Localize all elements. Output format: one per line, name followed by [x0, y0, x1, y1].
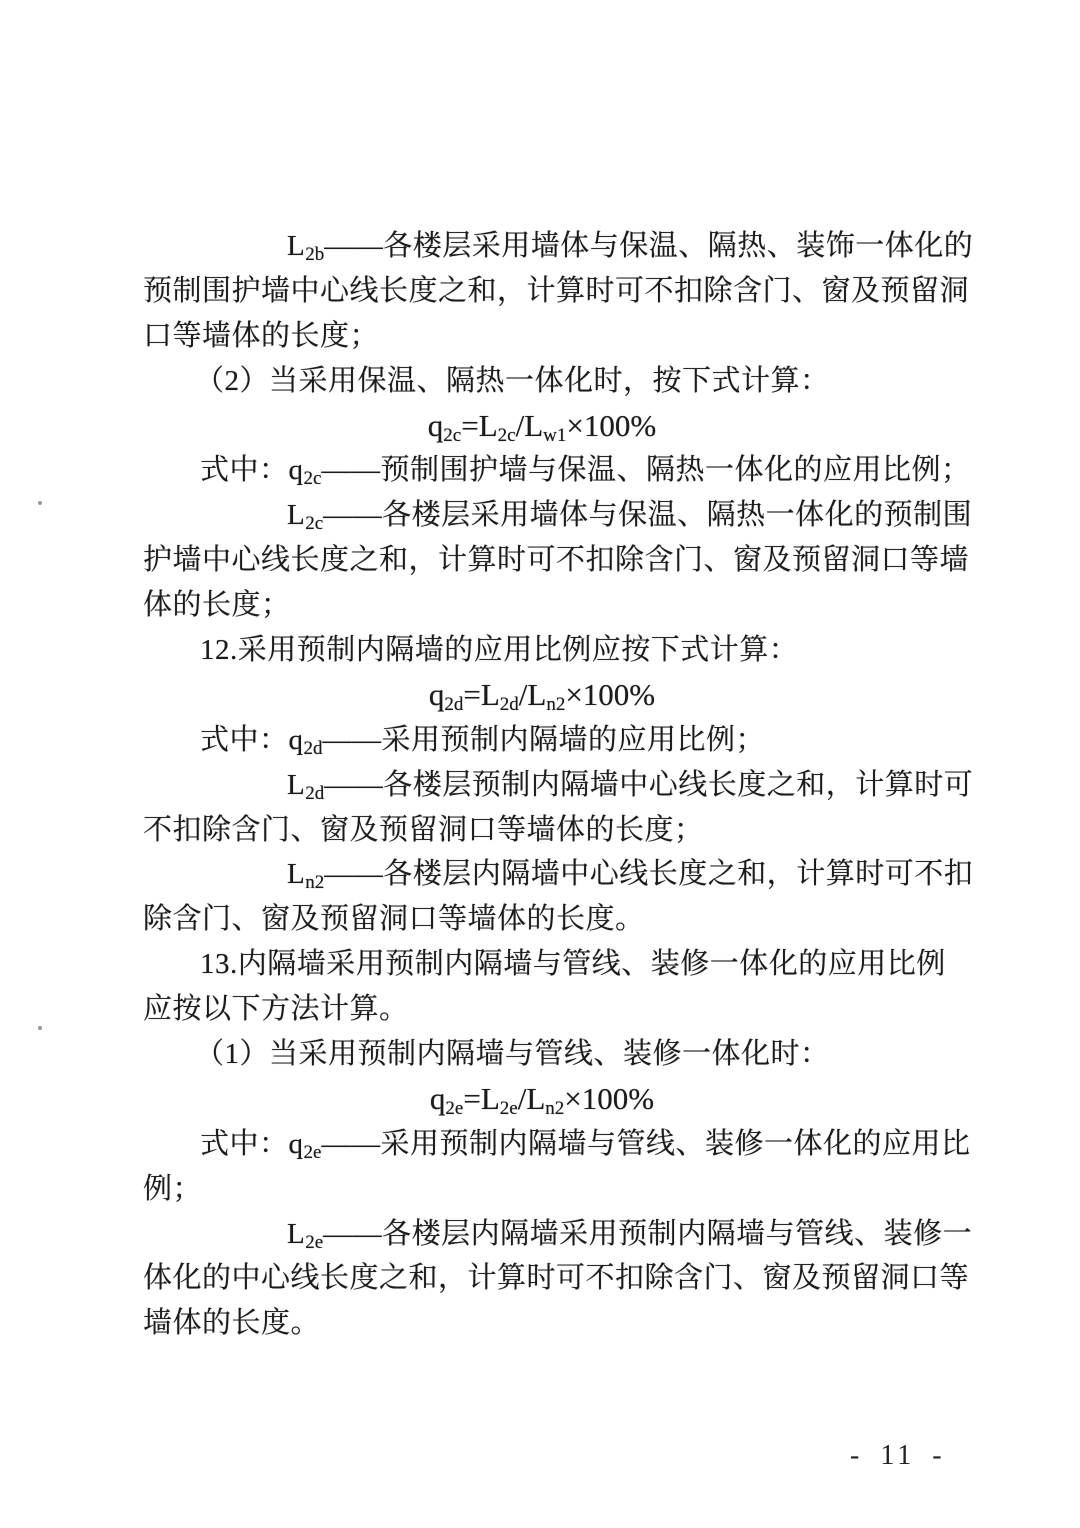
definition-text: ——各楼层内隔墙采用预制内隔墙与管线、装修一: [323, 1218, 972, 1250]
formula-q2c: q2c=L2c/Lw1×100%: [143, 404, 941, 449]
definition-text: ——各楼层内隔墙中心线长度之和，计算时可不扣: [324, 858, 973, 890]
definition-line-L2d: L2d——各楼层预制内隔墙中心线长度之和，计算时可: [143, 763, 941, 808]
item-2-heading: （2）当采用保温、隔热一体化时，按下式计算：: [143, 359, 941, 404]
formula-term: /L: [518, 1081, 546, 1116]
formula-subscript: 2d: [444, 694, 463, 715]
formula-subscript: 2c: [498, 425, 516, 446]
clause-text: ——采用预制内隔墙的应用比例；: [323, 724, 766, 756]
clause-text: ——预制围护墙与保温、隔热一体化的应用比例；: [321, 454, 970, 486]
text-line: 不扣除含门、窗及预留洞口等墙体的长度；: [143, 808, 941, 853]
symbol-subscript: 2d: [305, 783, 324, 804]
symbol-base: L: [287, 499, 305, 531]
symbol-subscript: 2e: [304, 1142, 322, 1163]
formula-term: ×100%: [565, 677, 655, 712]
text-line: 口等墙体的长度；: [143, 314, 941, 359]
text-line: 应按以下方法计算。: [143, 987, 941, 1032]
symbol-subscript: 2c: [305, 513, 323, 534]
where-clause-q2e: 式中：q2e——采用预制内隔墙与管线、装修一体化的应用比: [143, 1122, 941, 1167]
definition-line-L2b: L2b——各楼层采用墙体与保温、隔热、装饰一体化的: [143, 224, 941, 269]
formula-term: q: [428, 408, 444, 443]
formula-term: /L: [516, 408, 544, 443]
item-1-heading: （1）当采用预制内隔墙与管线、装修一体化时：: [143, 1032, 941, 1077]
formula-q2d: q2d=L2d/Ln2×100%: [143, 673, 941, 718]
definition-line-L2e: L2e——各楼层内隔墙采用预制内隔墙与管线、装修一: [143, 1212, 941, 1257]
symbol-base: L: [287, 858, 305, 890]
formula-term: /L: [519, 677, 547, 712]
definition-text: ——各楼层预制内隔墙中心线长度之和，计算时可: [324, 769, 973, 801]
text-line: 除含门、窗及预留洞口等墙体的长度。: [143, 897, 941, 942]
symbol-base: L: [287, 230, 305, 262]
scan-speck: [38, 501, 42, 505]
formula-subscript: n2: [546, 694, 565, 715]
clause-text: 式中：q: [200, 724, 304, 756]
scanned-document-page: L2b——各楼层采用墙体与保温、隔热、装饰一体化的 预制围护墙中心线长度之和，计…: [0, 0, 1080, 1528]
definition-line-L2c: L2c——各楼层采用墙体与保温、隔热一体化的预制围: [143, 493, 941, 538]
definition-text: ——各楼层采用墙体与保温、隔热、装饰一体化的: [324, 230, 973, 262]
clause-text: 式中：q: [200, 1128, 304, 1160]
where-clause-q2c: 式中：q2c——预制围护墙与保温、隔热一体化的应用比例；: [143, 448, 941, 493]
text-line: 预制围护墙中心线长度之和，计算时可不扣除含门、窗及预留洞: [143, 269, 941, 314]
where-clause-q2d: 式中：q2d——采用预制内隔墙的应用比例；: [143, 718, 941, 763]
page-number: - 11 -: [850, 1440, 946, 1472]
definition-line-Ln2: Ln2——各楼层内隔墙中心线长度之和，计算时可不扣: [143, 852, 941, 897]
document-body: L2b——各楼层采用墙体与保温、隔热、装饰一体化的 预制围护墙中心线长度之和，计…: [143, 224, 941, 1346]
symbol-subscript: 2c: [304, 468, 322, 489]
text-line: 护墙中心线长度之和，计算时可不扣除含门、窗及预留洞口等墙: [143, 538, 941, 583]
formula-term: ×100%: [564, 1081, 654, 1116]
formula-q2e: q2e=L2e/Ln2×100%: [143, 1077, 941, 1122]
formula-subscript: 2c: [443, 425, 461, 446]
item-13-heading: 13.内隔墙采用预制内隔墙与管线、装修一体化的应用比例: [143, 942, 941, 987]
definition-text: ——各楼层采用墙体与保温、隔热一体化的预制围: [323, 499, 972, 531]
formula-term: q: [429, 677, 445, 712]
text-line: 体化的中心线长度之和，计算时可不扣除含门、窗及预留洞口等: [143, 1256, 941, 1301]
clause-text: ——采用预制内隔墙与管线、装修一体化的应用比: [321, 1128, 970, 1160]
symbol-base: L: [287, 769, 305, 801]
symbol-subscript: 2d: [304, 738, 323, 759]
symbol-base: L: [287, 1218, 305, 1250]
text-line: 体的长度；: [143, 583, 941, 628]
formula-subscript: 2d: [500, 694, 519, 715]
symbol-subscript: n2: [305, 872, 324, 893]
scan-speck: [38, 1026, 42, 1030]
formula-term: =L: [461, 408, 497, 443]
formula-subscript: 2e: [500, 1098, 518, 1119]
formula-subscript: n2: [545, 1098, 564, 1119]
formula-subscript: w1: [543, 425, 566, 446]
formula-subscript: 2e: [445, 1098, 463, 1119]
clause-text: 式中：q: [200, 454, 304, 486]
formula-term: q: [430, 1081, 446, 1116]
formula-term: =L: [463, 1081, 499, 1116]
item-12-heading: 12.采用预制内隔墙的应用比例应按下式计算：: [143, 628, 941, 673]
symbol-subscript: 2e: [305, 1232, 323, 1253]
symbol-subscript: 2b: [305, 244, 324, 265]
formula-term: ×100%: [566, 408, 656, 443]
text-line: 墙体的长度。: [143, 1301, 941, 1346]
formula-term: =L: [463, 677, 499, 712]
text-line: 例；: [143, 1167, 941, 1212]
